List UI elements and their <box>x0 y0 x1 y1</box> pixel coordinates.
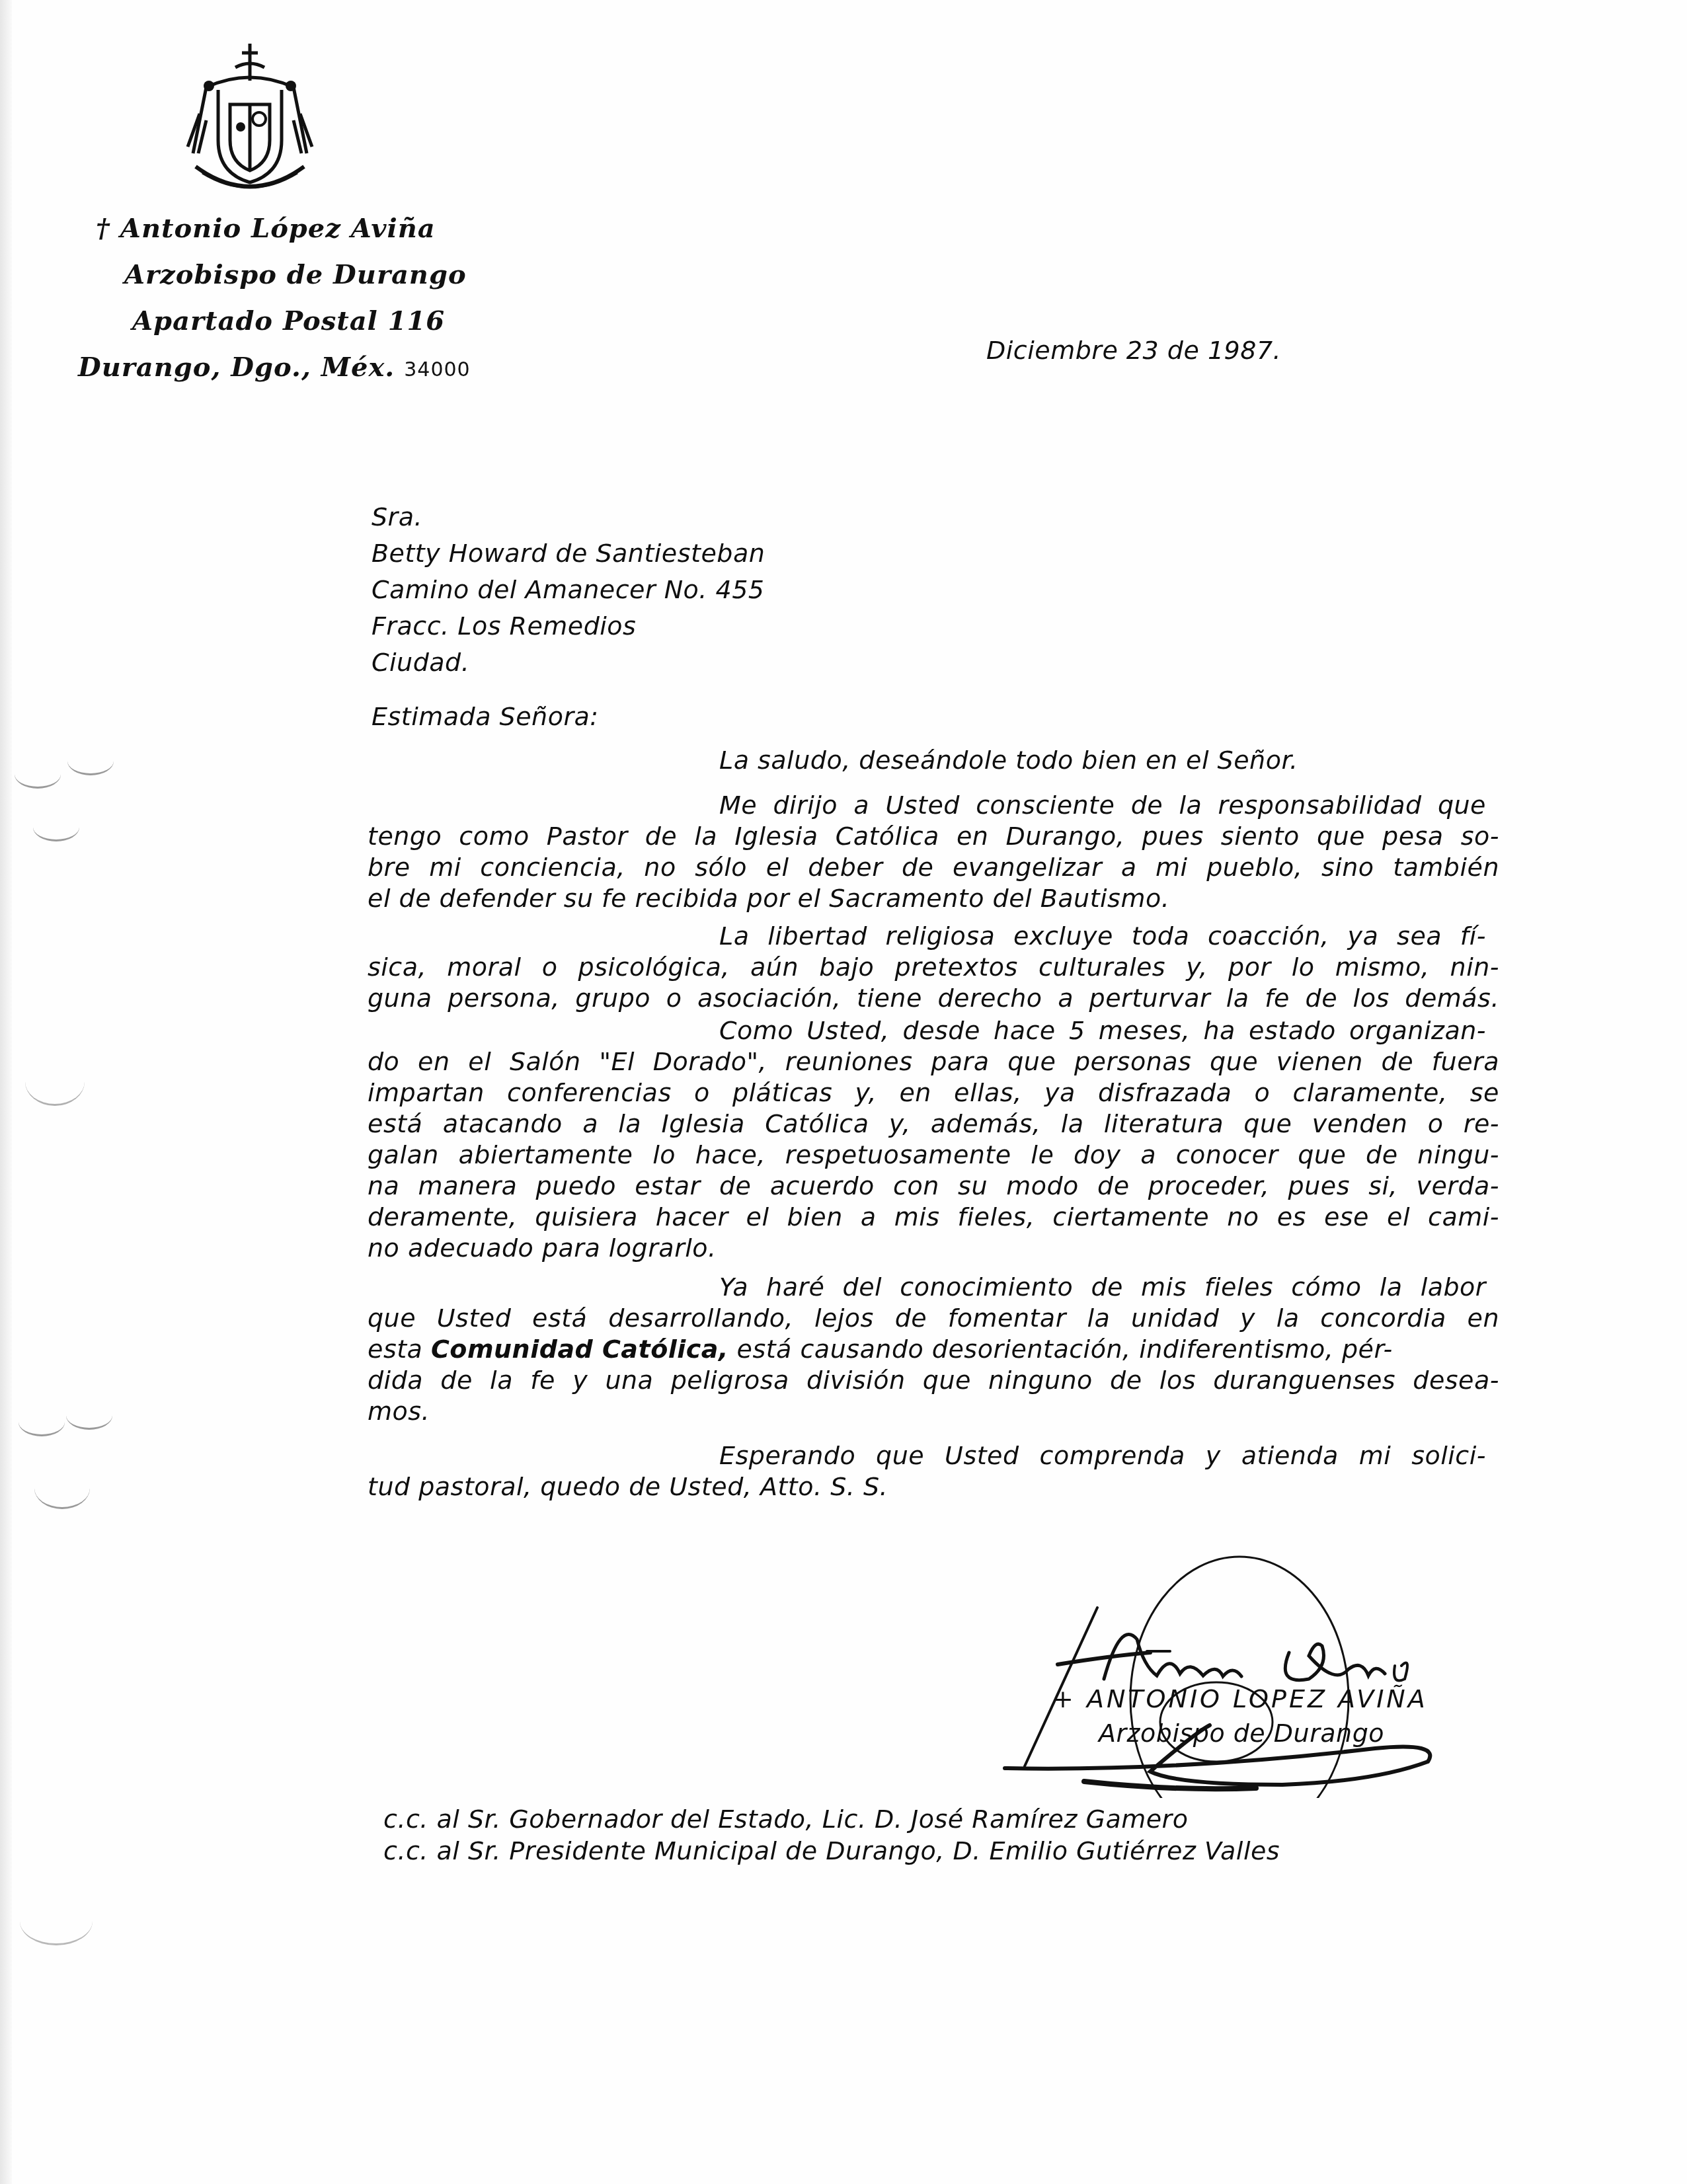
body-text: está causando desorientación, indiferent… <box>737 1335 1393 1364</box>
recipient-street: Camino del Amanecer No. 455 <box>372 575 765 604</box>
cc-line: c.c. al Sr. Gobernador del Estado, Lic. … <box>383 1805 1188 1834</box>
punch-hole-mark <box>66 1401 112 1430</box>
body-line: que Usted está desarrollando, lejos de f… <box>368 1304 1499 1333</box>
body-line: impartan conferencias o pláticas y, en e… <box>368 1078 1499 1107</box>
body-line: bre mi conciencia, no sólo el deber de e… <box>368 853 1499 882</box>
recipient-title: Sra. <box>372 502 422 531</box>
recipient-neighborhood: Fracc. Los Remedios <box>372 611 636 641</box>
letterhead-city: Durango, Dgo., Méx.34000 <box>78 352 471 383</box>
punch-hole-mark <box>34 1467 90 1509</box>
recipient-city: Ciudad. <box>372 648 469 677</box>
recipient-name: Betty Howard de Santiesteban <box>372 539 765 568</box>
punch-hole-mark <box>25 1058 85 1106</box>
body-line: tengo como Pastor de la Iglesia Católica… <box>368 822 1499 851</box>
body-line: Me dirijo a Usted consciente de la respo… <box>719 791 1486 820</box>
handwritten-signature-icon <box>978 1520 1573 1798</box>
body-line: do en el Salón "El Dorado", reuniones pa… <box>368 1047 1499 1076</box>
body-line: Esperando que Usted comprenda y atienda … <box>719 1441 1486 1470</box>
punch-hole-mark <box>19 1408 65 1436</box>
body-line: esta Comunidad Católica, está causando d… <box>368 1335 1499 1364</box>
letter-date: Diciembre 23 de 1987. <box>986 336 1281 365</box>
body-line: deramente, quisiera hacer el bien a mis … <box>368 1202 1499 1231</box>
letterhead-name: † Antonio López Aviña <box>96 213 436 244</box>
greeting: Estimada Señora: <box>372 702 599 731</box>
signatory-title: Arzobispo de Durango <box>1099 1719 1384 1748</box>
punch-hole-mark <box>15 760 61 789</box>
body-line: Ya haré del conocimiento de mis fieles c… <box>719 1272 1486 1302</box>
letter-page: † Antonio López Aviña Arzobispo de Duran… <box>0 0 1687 2184</box>
body-line: está atacando a la Iglesia Católica y, a… <box>368 1109 1499 1138</box>
body-line: Como Usted, desde hace 5 meses, ha estad… <box>719 1016 1486 1045</box>
letterhead-title: Arzobispo de Durango <box>124 259 467 290</box>
letterhead-city-name: Durango, Dgo., Méx. <box>78 352 395 383</box>
letterhead-po-box: Apartado Postal 116 <box>132 305 445 336</box>
body-line: sica, moral o psicológica, aún bajo pret… <box>368 953 1499 982</box>
letterhead-zip: 34000 <box>404 358 470 381</box>
coat-of-arms-icon <box>180 41 320 197</box>
punch-hole-mark <box>33 813 79 841</box>
body-line: tud pastoral, quedo de Usted, Atto. S. S… <box>368 1472 888 1501</box>
body-text: esta <box>368 1335 422 1364</box>
punch-hole-mark <box>67 747 114 775</box>
body-line: dida de la fe y una peligrosa división q… <box>368 1366 1499 1395</box>
body-line: galan abiertamente lo hace, respetuosame… <box>368 1140 1499 1169</box>
cc-line: c.c. al Sr. Presidente Municipal de Dura… <box>383 1836 1280 1865</box>
punch-hole-mark <box>20 1897 93 1945</box>
body-line: La saludo, deseándole todo bien en el Se… <box>719 746 1298 775</box>
body-line: guna persona, grupo o asociación, tiene … <box>368 984 1499 1013</box>
scan-edge-shadow <box>0 0 12 2184</box>
body-line: La libertad religiosa excluye toda coacc… <box>719 921 1486 951</box>
body-line: el de defender su fe recibida por el Sac… <box>368 884 1169 913</box>
body-line: no adecuado para lograrlo. <box>368 1233 717 1263</box>
body-emphasis: Comunidad Católica, <box>431 1335 728 1364</box>
body-line: mos. <box>368 1397 430 1426</box>
body-line: na manera puedo estar de acuerdo con su … <box>368 1171 1499 1200</box>
signatory-name: + ANTONIO LOPEZ AVIÑA <box>1052 1684 1428 1713</box>
